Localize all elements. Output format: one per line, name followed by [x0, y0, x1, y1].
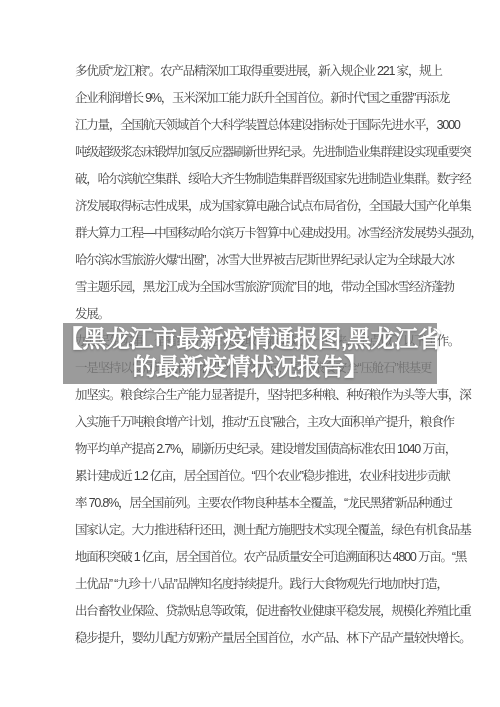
article-line: 累计建成近 1.2 亿亩，居全国首位。“四个农业”稳步推进，农业科技进步贡献: [75, 463, 435, 490]
article-line: 企业利润增长 9%，玉米深加工能力跃升全国首位。新时代“国之重器”再添龙: [75, 85, 435, 112]
article-line: 破，哈尔滨航空集群、绥哈大齐生物制造集群晋级国家先进制造业集群。数字经: [75, 166, 435, 193]
article-line: 雪主题乐园，黑龙江成为全国冰雪旅游“顶流”目的地，带动全国冰雪经济蓬勃: [75, 274, 435, 301]
article-line: 率 70.8%，居全国前列。主要农作物良种基本全覆盖，“龙民黑猪”新品种通过: [75, 490, 435, 517]
article-line: 地面积突破 1 亿亩，居全国首位。农产品质量安全可追溯面积达 4800 万亩。“…: [75, 544, 435, 571]
article-line: 群大算力工程—中国移动哈尔滨万卡智算中心建成投用。冰雪经济发展势头强劲，: [75, 220, 435, 247]
article-page: 多优质“龙江粮”。农产品精深加工取得重要进展，新入规企业 221 家，规上 企业…: [0, 0, 500, 707]
article-line: 国家认定。大力推进秸秆还田，测土配方施肥技术实现全覆盖，绿色有机食品基: [75, 517, 435, 544]
title-banner-overlay: 【黑龙江市最新疫情通报图,黑龙江省 的最新疫情状况报告】: [63, 323, 437, 384]
article-line: 多优质“龙江粮”。农产品精深加工取得重要进展，新入规企业 221 家，规上: [75, 58, 435, 85]
article-line: 哈尔滨冰雪旅游火爆“出圈”，冰雪大世界被吉尼斯世界纪录认定为全球最大冰: [75, 247, 435, 274]
article-line: 稳步提升，婴幼儿配方奶粉产量居全国首位，水产品、林下产品产量较快增长。: [75, 625, 435, 652]
article-line: 江力量，全国航天领域首个大科学装置总体建设指标处于国际先进水平，3000: [75, 112, 435, 139]
article-line: 出台畜牧业保险、贷款贴息等政策，促进畜牧业健康平稳发展，规模化养殖比重: [75, 598, 435, 625]
article-line: 济发展取得标志性成果，成为国家算电融合试点布局省份，全国最大国产化单集: [75, 193, 435, 220]
banner-title-line1: 【黑龙江市最新疫情通报图,黑龙江省: [59, 326, 441, 354]
article-line: 加坚实。粮食综合生产能力显著提升，坚持把多种粮、种好粮作为头等大事，深: [75, 382, 435, 409]
article-line: 土优品” “九珍十八品”品牌知名度持续提升。践行大食物观先行地加快打造，: [75, 571, 435, 598]
article-line: 物平均单产提高 2.7%，刷新历史纪录。建设增发国债高标准农田 1040 万亩，: [75, 436, 435, 463]
article-line: 吨级超级浆态床锻焊加氢反应器刷新世界纪录。先进制造业集群建设实现重要突: [75, 139, 435, 166]
article-line: 入实施千万吨粮食增产计划，推动“五良”融合，主攻大面积单产提升，粮食作: [75, 409, 435, 436]
banner-title-line2: 的最新疫情状况报告】: [133, 354, 368, 382]
